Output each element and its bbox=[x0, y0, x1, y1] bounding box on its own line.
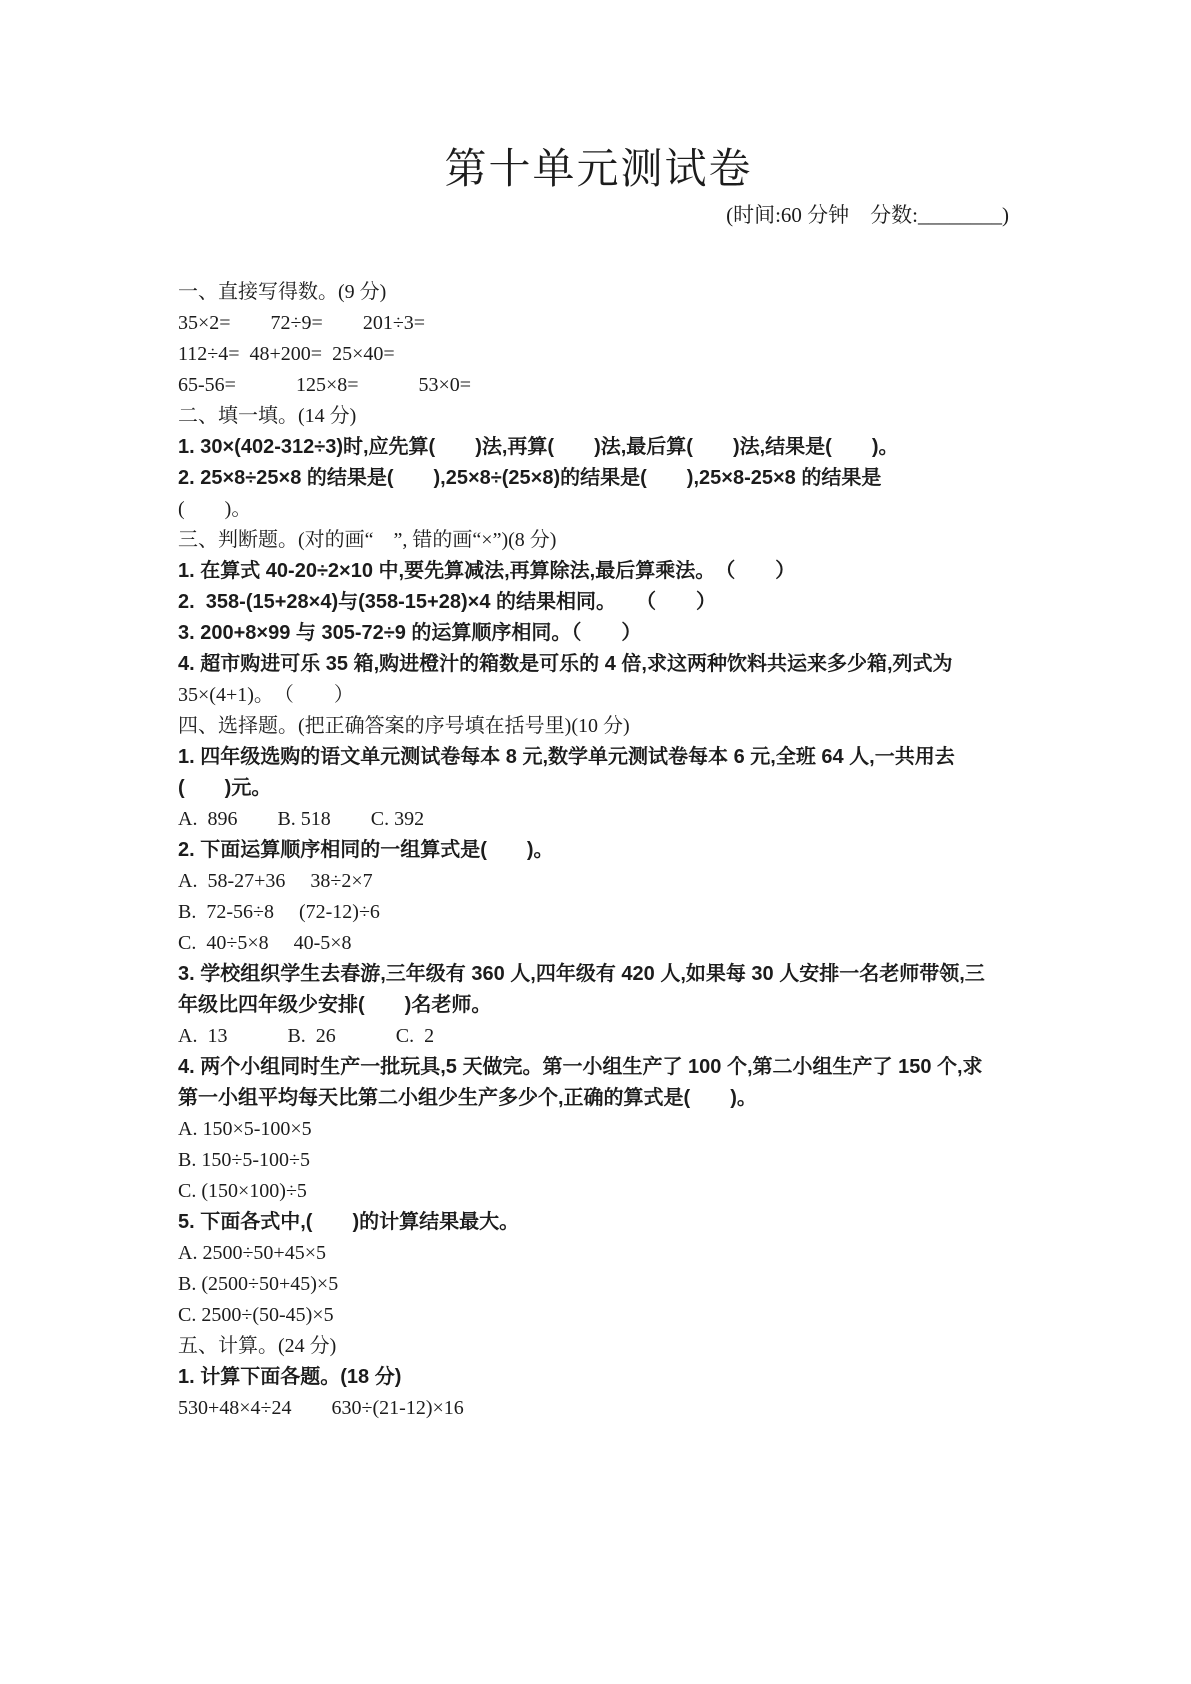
document-line: 35×(4+1)。 （ ） bbox=[178, 680, 1019, 711]
page-title: 第十单元测试卷 bbox=[178, 146, 1019, 194]
section: 四、选择题。(把正确答案的序号填在括号里)(10 分)1. 四年级选购的语文单元… bbox=[178, 711, 1019, 1331]
document-line: B. 150÷5-100÷5 bbox=[178, 1145, 1019, 1176]
document-line: A. 150×5-100×5 bbox=[178, 1114, 1019, 1145]
document-line: 1. 计算下面各题。(18 分) bbox=[178, 1362, 1019, 1393]
document-line: 4. 超市购进可乐 35 箱,购进橙汁的箱数是可乐的 4 倍,求这两种饮料共运来… bbox=[178, 649, 1019, 680]
section-heading: 五、计算。(24 分) bbox=[178, 1331, 1019, 1362]
document-line: A. 13 B. 26 C. 2 bbox=[178, 1021, 1019, 1052]
document-line: A. 58-27+36 38÷2×7 bbox=[178, 866, 1019, 897]
document-line: 3. 200+8×99 与 305-72÷9 的运算顺序相同。（ ） bbox=[178, 618, 1019, 649]
document-line: 年级比四年级少安排( )名老师。 bbox=[178, 990, 1019, 1021]
document-line: B. 72-56÷8 (72-12)÷6 bbox=[178, 897, 1019, 928]
document-line: C. 40÷5×8 40-5×8 bbox=[178, 928, 1019, 959]
document-line: 1. 在算式 40-20÷2×10 中,要先算减法,再算除法,最后算乘法。 （ … bbox=[178, 556, 1019, 587]
test-paper: 第十单元测试卷 (时间:60 分钟 分数:________) 一、直接写得数。(… bbox=[178, 0, 1019, 1424]
document-line: A. 896 B. 518 C. 392 bbox=[178, 804, 1019, 835]
document-line: 5. 下面各式中,( )的计算结果最大。 bbox=[178, 1207, 1019, 1238]
document-line: 65-56= 125×8= 53×0= bbox=[178, 370, 1019, 401]
document-line: 35×2= 72÷9= 201÷3= bbox=[178, 308, 1019, 339]
exam-meta: (时间:60 分钟 分数:________) bbox=[178, 200, 1019, 231]
section-heading: 四、选择题。(把正确答案的序号填在括号里)(10 分) bbox=[178, 711, 1019, 742]
document-line: C. 2500÷(50-45)×5 bbox=[178, 1300, 1019, 1331]
document-line: 第一小组平均每天比第二小组少生产多少个,正确的算式是( )。 bbox=[178, 1083, 1019, 1114]
section: 五、计算。(24 分)1. 计算下面各题。(18 分)530+48×4÷24 6… bbox=[178, 1331, 1019, 1424]
document-line: 1. 30×(402-312÷3)时,应先算( )法,再算( )法,最后算( )… bbox=[178, 432, 1019, 463]
document-line: C. (150×100)÷5 bbox=[178, 1176, 1019, 1207]
section-heading: 一、直接写得数。(9 分) bbox=[178, 277, 1019, 308]
document-line: 3. 学校组织学生去春游,三年级有 360 人,四年级有 420 人,如果每 3… bbox=[178, 959, 1019, 990]
document-line: 112÷4= 48+200= 25×40= bbox=[178, 339, 1019, 370]
document-line: ( )。 bbox=[178, 494, 1019, 525]
document-line: B. (2500÷50+45)×5 bbox=[178, 1269, 1019, 1300]
section: 二、填一填。(14 分)1. 30×(402-312÷3)时,应先算( )法,再… bbox=[178, 401, 1019, 525]
document-body: 一、直接写得数。(9 分)35×2= 72÷9= 201÷3=112÷4= 48… bbox=[178, 277, 1019, 1424]
document-line: 4. 两个小组同时生产一批玩具,5 天做完。第一小组生产了 100 个,第二小组… bbox=[178, 1052, 1019, 1083]
document-line: 2. 下面运算顺序相同的一组算式是( )。 bbox=[178, 835, 1019, 866]
section-heading: 三、判断题。(对的画“ ”, 错的画“×”)(8 分) bbox=[178, 525, 1019, 556]
document-line: 2. 358-(15+28×4)与(358-15+28)×4 的结果相同。 （ … bbox=[178, 587, 1019, 618]
section-heading: 二、填一填。(14 分) bbox=[178, 401, 1019, 432]
section: 三、判断题。(对的画“ ”, 错的画“×”)(8 分)1. 在算式 40-20÷… bbox=[178, 525, 1019, 711]
document-line: ( )元。 bbox=[178, 773, 1019, 804]
section: 一、直接写得数。(9 分)35×2= 72÷9= 201÷3=112÷4= 48… bbox=[178, 277, 1019, 401]
document-line: 2. 25×8÷25×8 的结果是( ),25×8÷(25×8)的结果是( ),… bbox=[178, 463, 1019, 494]
document-line: A. 2500÷50+45×5 bbox=[178, 1238, 1019, 1269]
document-line: 530+48×4÷24 630÷(21-12)×16 bbox=[178, 1393, 1019, 1424]
document-line: 1. 四年级选购的语文单元测试卷每本 8 元,数学单元测试卷每本 6 元,全班 … bbox=[178, 742, 1019, 773]
